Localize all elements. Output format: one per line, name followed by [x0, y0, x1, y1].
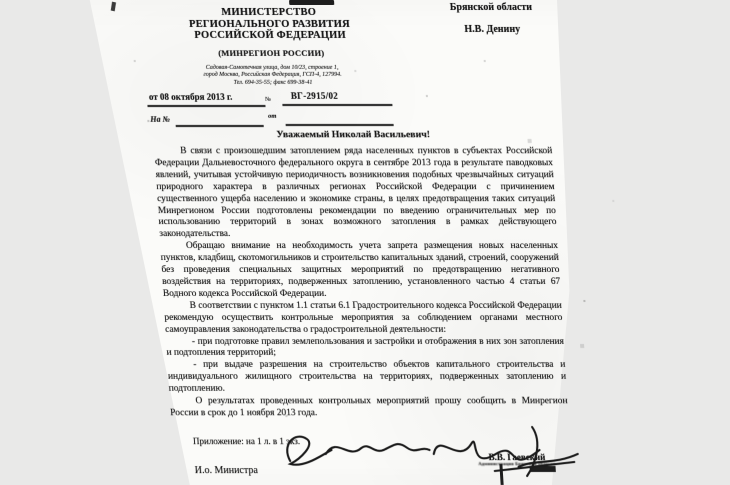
ministry-name-line2: РЕГИОНАЛЬНОГО РАЗВИТИЯ: [141, 19, 398, 31]
ministry-address-line2: город Москва, Российская Федерация, ГСП-…: [144, 72, 400, 80]
addressee-block: Брянской области Н.В. Денину: [428, 2, 555, 36]
paragraph: В соответствии с пунктом 1.1 статьи 6.1 …: [163, 301, 563, 337]
letterhead: МИНИСТЕРСТВО РЕГИОНАЛЬНОГО РАЗВИТИЯ РОСС…: [140, 7, 401, 87]
date-underline: [147, 105, 265, 107]
number-sign: №: [265, 97, 271, 103]
ministry-name-line3: РОССИЙСКОЙ ФЕДЕРАЦИИ: [142, 30, 399, 42]
addressee-name: Н.В. Денину: [429, 24, 555, 36]
salutation: Уважаемый Николай Васильевич!: [153, 129, 554, 140]
list-item: - при подготовке правил землепользования…: [166, 337, 565, 361]
reference-underline-2: [286, 124, 394, 126]
letter-content: Брянской области Н.В. Денину МИНИСТЕРСТВ…: [0, 0, 730, 485]
ministry-short-name: (МИНРЕГИОН РОССИИ): [143, 48, 400, 58]
signer-title: И.о. Министра: [194, 465, 258, 476]
paragraph: Обращаю внимание на необходимость учета …: [160, 241, 562, 301]
ministry-name-line1: МИНИСТЕРСТВО: [140, 7, 397, 19]
reference-label: На №: [150, 115, 170, 124]
ministry-address-line1: Садовая-Самотечная улица, дом 10/23, стр…: [144, 65, 400, 73]
paragraph: О результатах проведенных контрольных ме…: [169, 396, 568, 420]
scan-artifact-mark: [111, 2, 116, 12]
number-underline: [282, 104, 392, 106]
reference-from-label: от: [268, 113, 277, 120]
list-item: - при выдаче разрешения на строительство…: [167, 360, 567, 396]
ministry-address-line3: Тел. 694-35-55; факс 699-38-41: [145, 80, 401, 88]
addressee-region: Брянской области: [428, 2, 554, 14]
signature-scrawl: [278, 421, 594, 481]
letter-body: В связи с произошедшим затоплением ряда …: [154, 146, 569, 420]
letter-number: ВГ-2915/02: [291, 91, 339, 101]
paragraph: В связи с произошедшим затоплением ряда …: [154, 146, 558, 241]
scan-artifact-bar: [289, 0, 334, 5]
letter-date: от 08 октября 2013 г.: [149, 92, 233, 102]
scan-noise: [0, 0, 2, 2]
reference-underline-1: [176, 125, 264, 127]
